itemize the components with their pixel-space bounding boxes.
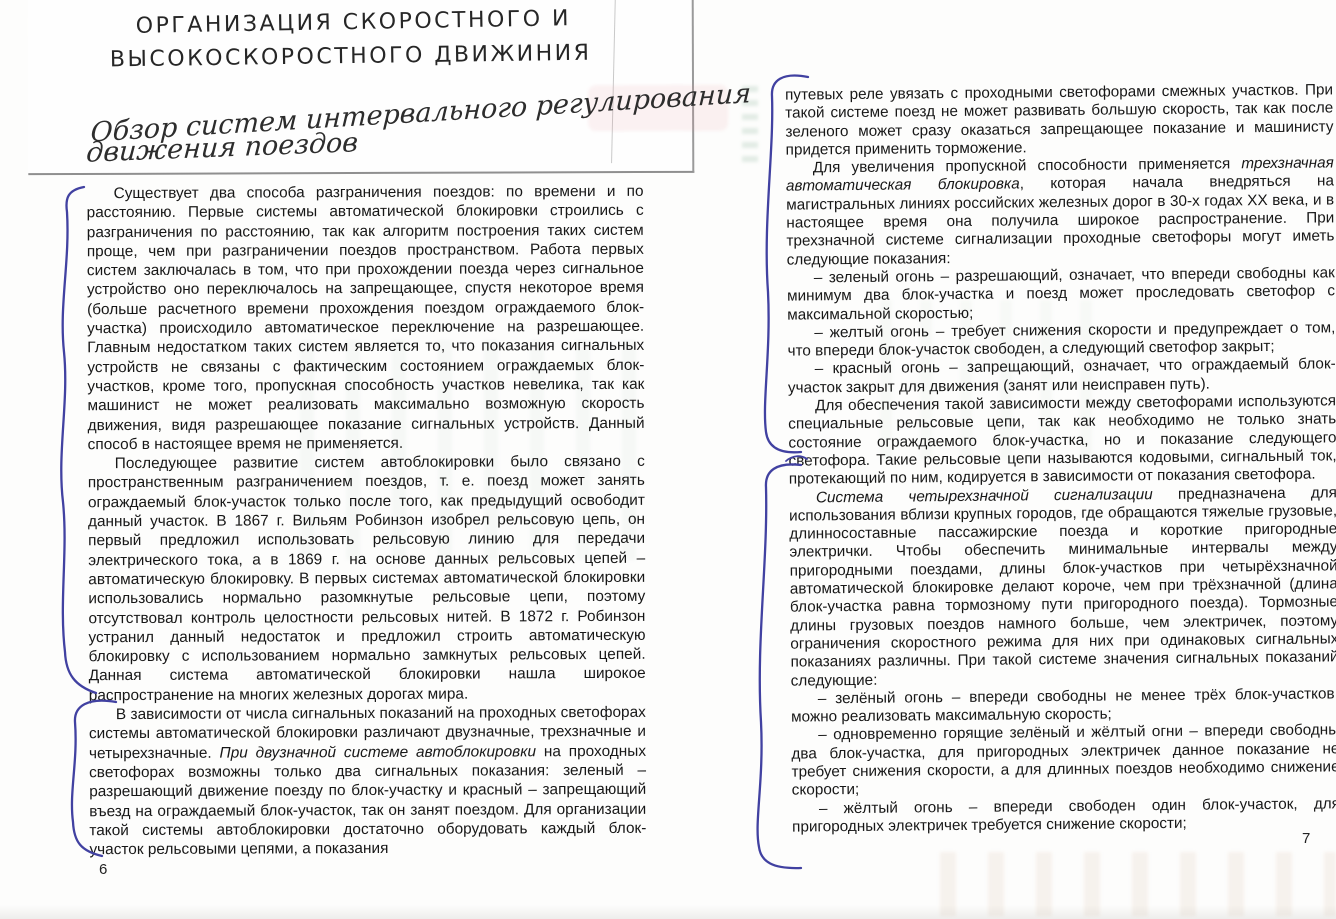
paragraph: Система четырехзначной сигнализации пред… <box>789 484 1336 691</box>
paragraph: – жёлтый огонь – впереди свободен один б… <box>792 795 1336 837</box>
left-page-number: 6 <box>99 861 107 878</box>
handwritten-title-line-2: ВЫСОКОСКОРОСТНОГО ДВИЖИНИЯ <box>110 41 592 73</box>
paragraph: путевых реле увязать с проходными светоф… <box>785 81 1334 159</box>
bleed-through-ghost <box>940 852 1336 916</box>
scanned-book-spread: Существует два способа разграничения пое… <box>0 0 1336 919</box>
paragraph: – желтый огонь – требует снижения скорос… <box>787 319 1335 361</box>
scan-edge-shadow <box>0 905 1336 919</box>
left-page-body-text: Существует два способа разграничения пое… <box>87 182 647 860</box>
paragraph: – одновременно горящие зелёный и жёлтый … <box>791 722 1336 800</box>
handwritten-title-line-1: ОРГАНИЗАЦИЯ СКОРОСТНОГО И <box>136 6 572 39</box>
paragraph: Для увеличения пропускной способности пр… <box>786 155 1335 270</box>
handwritten-note-paper: ОРГАНИЗАЦИЯ СКОРОСТНОГО И ВЫСОКОСКОРОСТН… <box>28 0 695 175</box>
paragraph: В зависимости от числа сигнальных показа… <box>89 703 647 860</box>
paragraph: Последующее развитие систем автоблокиров… <box>88 452 646 705</box>
paragraph: – зелёный огонь – впереди свободны не ме… <box>791 685 1336 727</box>
right-page-number: 7 <box>1302 830 1310 847</box>
note-paper-crease <box>611 0 616 163</box>
right-page-body-text: путевых реле увязать с проходными светоф… <box>785 81 1336 836</box>
paragraph: Существует два способа разграничения пое… <box>87 182 645 455</box>
paragraph: Для обеспечения такой зависимости между … <box>788 392 1336 489</box>
paragraph: – красный огонь – запрещающий, означает,… <box>788 356 1336 398</box>
paragraph: – зеленый огонь – разрешающий, означает,… <box>787 264 1336 324</box>
